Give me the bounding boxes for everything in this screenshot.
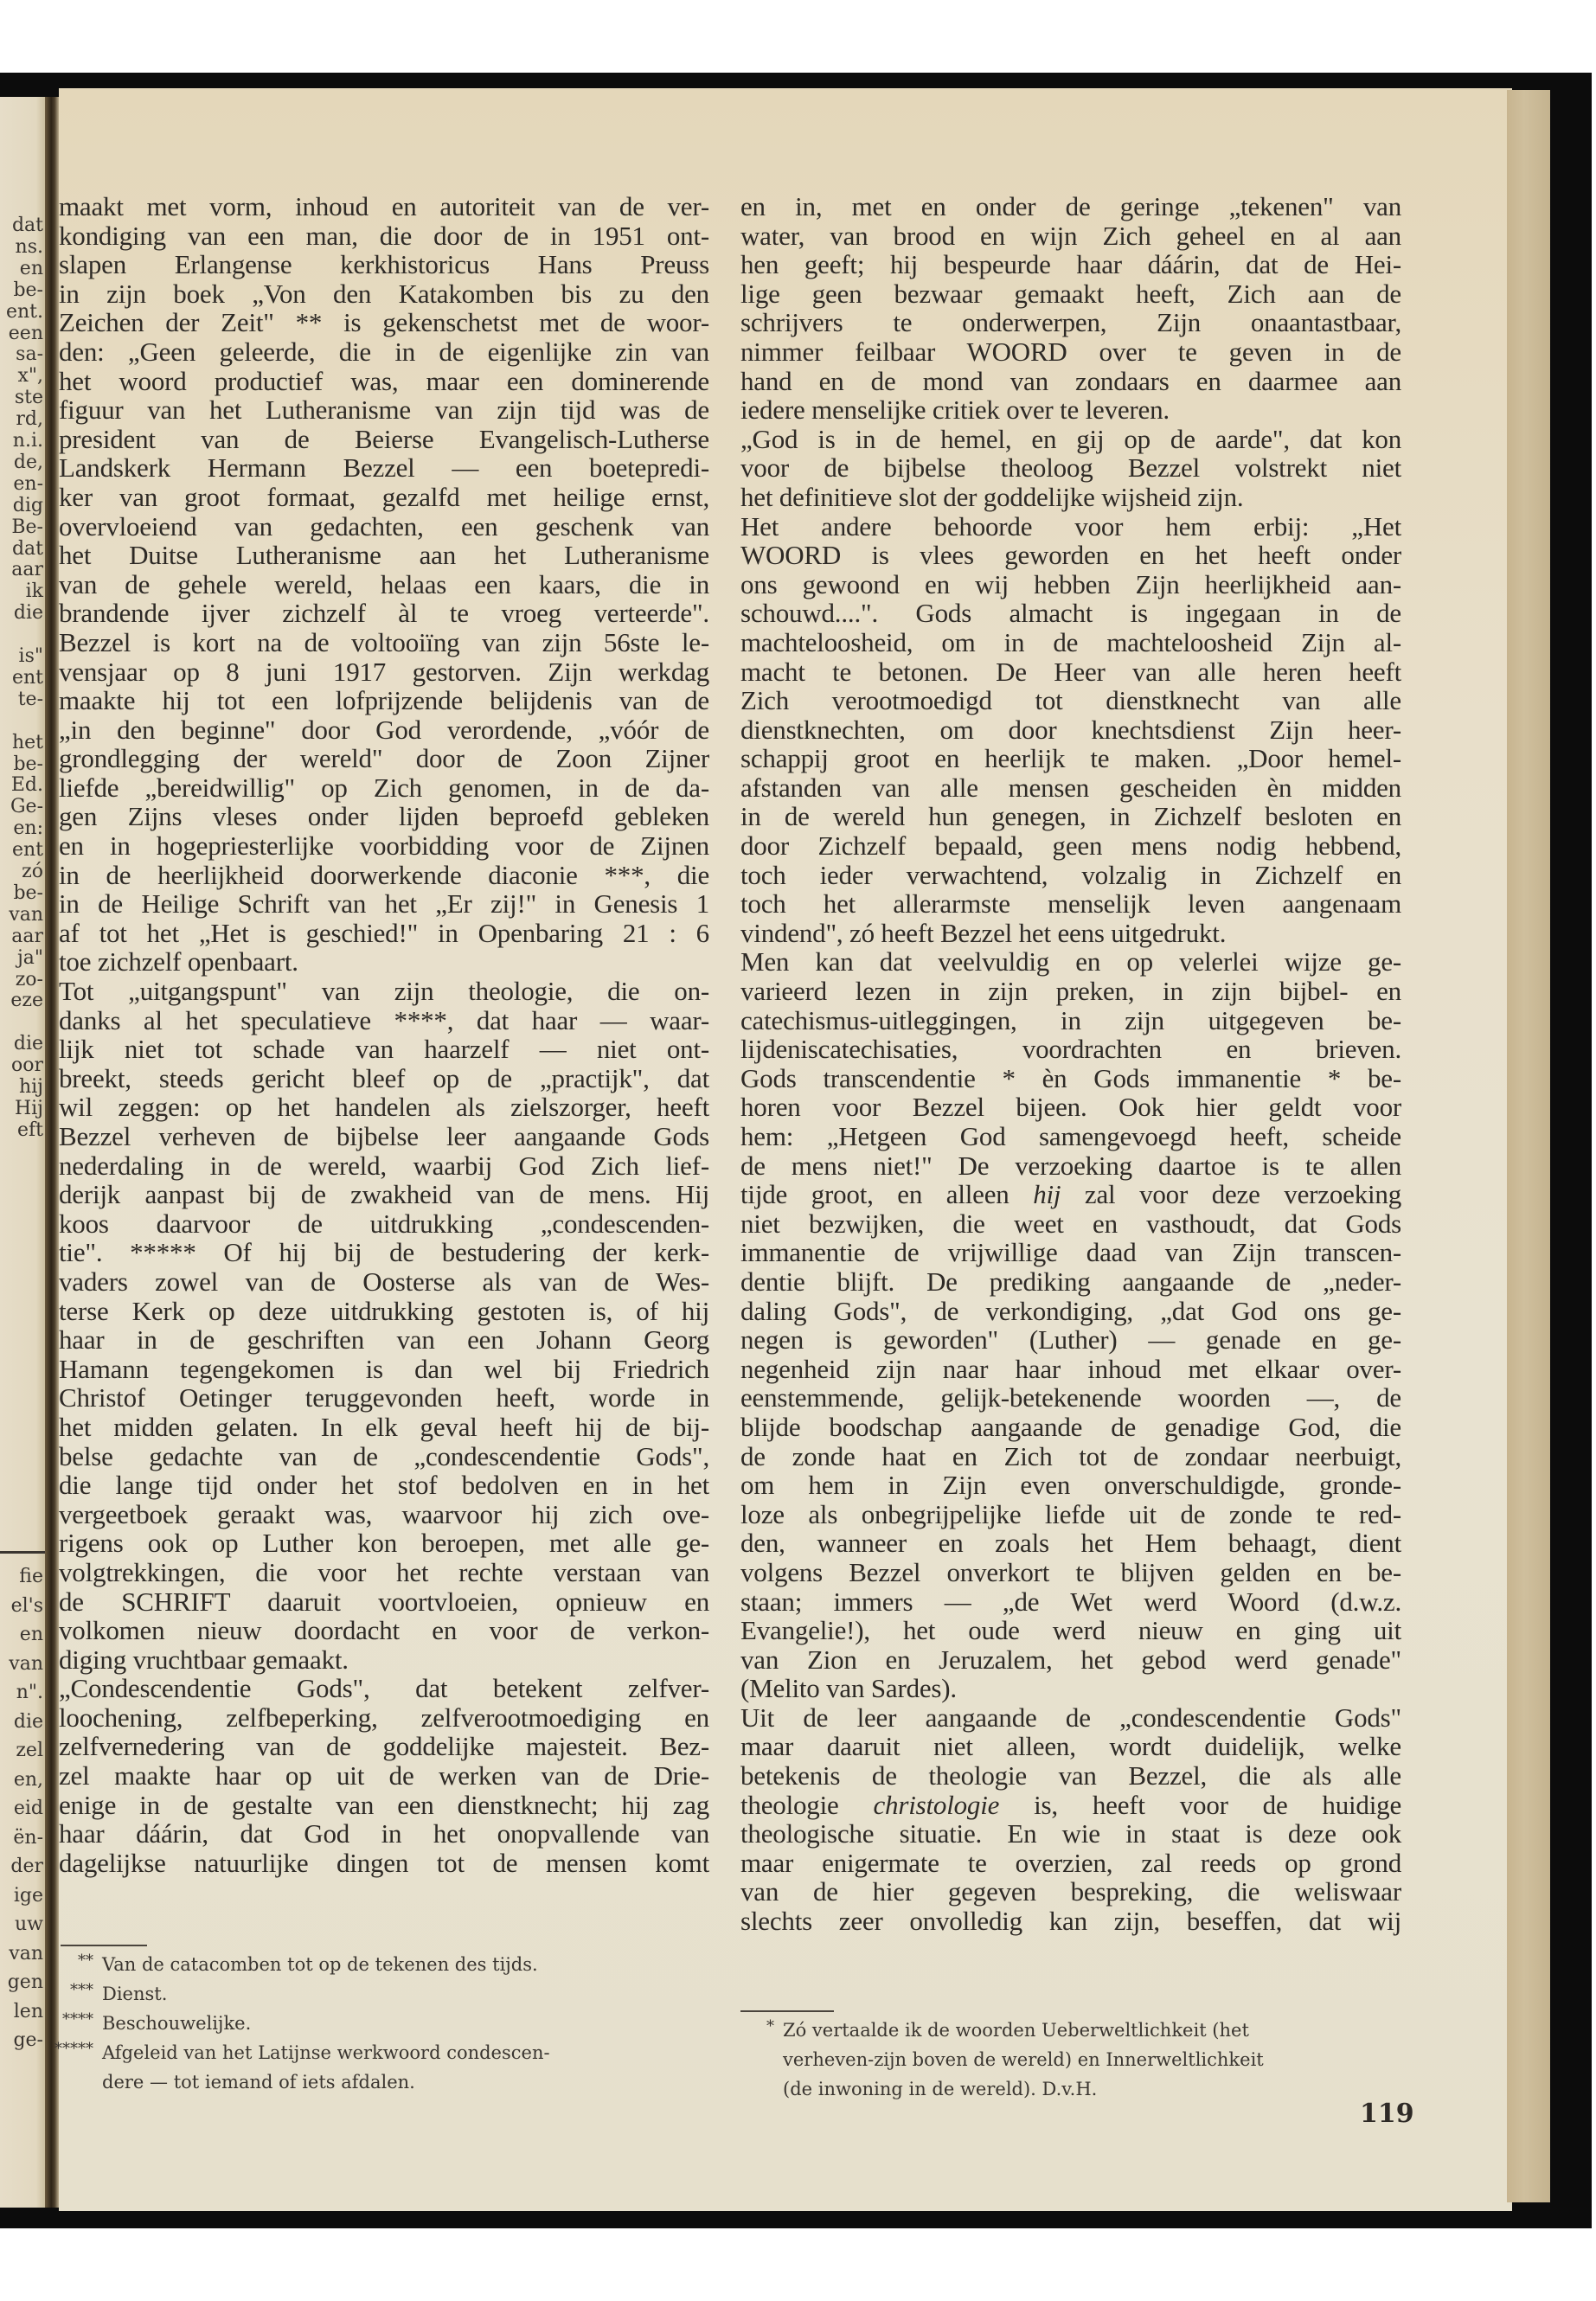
book-gutter <box>45 97 59 2208</box>
facing-page-text-fragment: rd, <box>16 410 43 429</box>
facing-page-text-fragment: Ge- <box>10 798 43 817</box>
text-line: Bezzel is kort na de voltooiïng van zijn… <box>59 628 709 657</box>
footnote-text: Afgeleid van het Latijnse werkwoord cond… <box>102 2042 550 2063</box>
text-line: lige geen bezwaar gemaakt heeft, Zich aa… <box>740 279 1401 309</box>
facing-page-text-fragment: Be- <box>11 518 43 537</box>
text-line: Tot „uitgangspunt" van zijn theologie, d… <box>59 977 709 1006</box>
text-line: hand en de mond van zondaars en daarmee … <box>740 367 1401 396</box>
text-line: toe zichzelf openbaart. <box>59 947 709 977</box>
text-line: die lange tijd onder het stof bedolven e… <box>59 1471 709 1500</box>
italic-emphasis: christologie <box>873 1790 999 1820</box>
text-line: WOORD is vlees geworden en het heeft ond… <box>740 541 1401 570</box>
text-line: van Zion en Jeruzalem, het gebod werd ge… <box>740 1645 1401 1675</box>
text-line: Het andere behoorde voor hem erbij: „Het <box>740 512 1401 542</box>
left-text-column: maakt met vorm, inhoud en autoriteit van… <box>59 192 709 1877</box>
text-line: horen voor Bezzel bijeen. Ook hier geldt… <box>740 1093 1401 1122</box>
text-line: maar daaruit niet alleen, wordt duidelij… <box>740 1732 1401 1761</box>
facing-page-text-fragment: zel <box>16 1741 43 1760</box>
footnote-text: Beschouwelijke. <box>102 2013 251 2034</box>
text-line: de zonde haat en Zich tot de zondaar nee… <box>740 1442 1401 1471</box>
text-line: theologie christologie is, heeft voor de… <box>740 1791 1401 1820</box>
text-line: „God is in de hemel, en gij op de aarde"… <box>740 425 1401 454</box>
text-line: om hem in Zijn even onverschuldigde, gro… <box>740 1471 1401 1500</box>
text-line: Hamann tegengekomen is dan wel bij Fried… <box>59 1355 709 1384</box>
text-line: machteloosheid, om in de machteloosheid … <box>740 628 1401 657</box>
facing-page-text-fragment: be- <box>13 281 43 300</box>
facing-page-text-fragment: ns. <box>16 238 43 257</box>
facing-page-text-fragment: het <box>12 734 43 753</box>
facing-page-text-fragment: en <box>20 260 43 279</box>
text-line: maakte hij tot een lofprijzende belijden… <box>59 686 709 715</box>
text-line: catechismus-uitleggingen, in zijn uitgeg… <box>740 1006 1401 1035</box>
facing-page-text-fragment: fie <box>19 1567 43 1586</box>
text-line: schrijvers te onderwerpen, Zijn onaantas… <box>740 308 1401 337</box>
text-line: hem: „Hetgeen God samengevoegd heeft, sc… <box>740 1122 1401 1151</box>
facing-page-text-fragment: eze <box>10 991 43 1010</box>
facing-page-text-fragment: uw <box>15 1915 43 1934</box>
text-line: terse Kerk op deze uitdrukking gestoten … <box>59 1297 709 1326</box>
text-line: af tot het „Het is geschied!" in Openbar… <box>59 919 709 948</box>
facing-page-text-fragment: ik <box>26 582 43 601</box>
text-line: de mens niet!" De verzoeking daartoe is … <box>740 1151 1401 1181</box>
text-line: Landskerk Hermann Bezzel — een boetepred… <box>59 453 709 483</box>
text-line: Men kan dat veelvuldig en op velerlei wi… <box>740 947 1401 977</box>
text-line: toch ieder verwachtend, volzalig in Zich… <box>740 861 1401 890</box>
right-footnotes: *Zó vertaalde ik de woorden Ueberweltlic… <box>783 2016 1264 2104</box>
text-line: negen is geworden" (Luther) — genade en … <box>740 1325 1401 1355</box>
text-line: toch het allerarmste menselijk leven aan… <box>740 889 1401 919</box>
text-line: en in hogepriesterlijke voorbidding voor… <box>59 831 709 861</box>
text-line: varieerd lezen in zijn preken, in zijn b… <box>740 977 1401 1006</box>
text-line: Zich verootmoedigd tot dienstknecht van … <box>740 686 1401 715</box>
footnote-text: Dienst. <box>102 1984 167 2004</box>
text-line: van de hier gegeven bespreking, die weli… <box>740 1877 1401 1907</box>
text-line: maar enigermate te overzien, zal reeds o… <box>740 1849 1401 1878</box>
text-line: zel maakte haar op uit de werken van de … <box>59 1761 709 1791</box>
text-line: zelfvernedering van de goddelijke majest… <box>59 1732 709 1761</box>
facing-page-text-fragment: dat <box>12 216 43 235</box>
page-stack-edge <box>1507 90 1550 2202</box>
page-number: 119 <box>1360 2099 1414 2129</box>
footnote-continuation: (de inwoning in de wereld). D.v.H. <box>783 2074 1264 2104</box>
text-line: Evangelie!), het oude werd nieuw en ging… <box>740 1616 1401 1645</box>
facing-page-text-fragment: een <box>9 324 43 343</box>
text-line: lijk niet tot schade van haarzelf — niet… <box>59 1035 709 1064</box>
footnote: ***Dienst. <box>102 1979 550 2009</box>
text-line: eenstemmende, gelijk-betekenende woorden… <box>740 1383 1401 1413</box>
text-line: maakt met vorm, inhoud en autoriteit van… <box>59 192 709 221</box>
text-line: loochening, zelfbeperking, zelfverootmoe… <box>59 1703 709 1733</box>
text-line: dentie blijft. De prediking aangaande de… <box>740 1267 1401 1297</box>
text-line: danks al het speculatieve ****, dat haar… <box>59 1006 709 1035</box>
footnote: *Zó vertaalde ik de woorden Ueberweltlic… <box>783 2016 1264 2045</box>
facing-page-text-fragment: ent <box>12 841 43 860</box>
facing-page-text-fragment: ige <box>14 1887 43 1906</box>
text-line: vindend", zó heeft Bezzel het eens uitge… <box>740 919 1401 948</box>
footnote-continuation: verheven-zijn boven de wereld) en Innerw… <box>783 2045 1264 2074</box>
facing-page-text-fragment: be- <box>13 755 43 774</box>
text-line: dagelijkse natuurlijke dingen tot de men… <box>59 1849 709 1878</box>
text-line: haar dáárin, dat God in het onopvallende… <box>59 1819 709 1849</box>
text-line: liefde „bereidwillig" op Zich genomen, i… <box>59 773 709 803</box>
facing-page-text-fragment: Hij <box>15 1099 43 1118</box>
text-line: breekt, steeds gericht bleef op de „prac… <box>59 1064 709 1093</box>
text-line: blijde boodschap aangaande de genadige G… <box>740 1413 1401 1442</box>
footnote-marker: **** <box>42 2005 93 2035</box>
text-line: in de wereld hun genegen, in Zichzelf be… <box>740 802 1401 831</box>
footnote-text: Van de catacomben tot op de tekenen des … <box>102 1954 538 1975</box>
facing-page-text-fragment: ent <box>12 669 43 688</box>
text-line: betekenis de theologie van Bezzel, die a… <box>740 1761 1401 1791</box>
facing-page-text-fragment: len <box>14 2003 43 2022</box>
facing-page-text-fragment: ën- <box>13 1829 43 1848</box>
text-line: overvloeiend van gedachten, een geschenk… <box>59 512 709 542</box>
text-line: iedere menselijke critiek over te levere… <box>740 395 1401 425</box>
facing-page-text-fragment: en, <box>14 1771 43 1790</box>
facing-page-edge: datns.enbe-ent.eensa-x",sterd,n.i.de,en-… <box>0 97 45 2208</box>
text-line: door Zichzelf bepaald, geen mens nodig h… <box>740 831 1401 861</box>
text-line: staan; immers — „de Wet werd Woord (d.w.… <box>740 1587 1401 1617</box>
text-line: vensjaar op 8 juni 1917 gestorven. Zijn … <box>59 657 709 687</box>
facing-page-text-fragment: en: <box>13 819 43 838</box>
text-line: hen geeft; hij bespeurde haar dáárin, da… <box>740 250 1401 279</box>
text-line: het definitieve slot der goddelijke wijs… <box>740 483 1401 512</box>
text-line: gen Zijns vleses onder lijden beproefd g… <box>59 802 709 831</box>
facing-page-text-fragment: is" <box>19 647 43 666</box>
text-line: nimmer feilbaar WOORD over te geven in d… <box>740 337 1401 367</box>
facing-page-text-fragment: ja" <box>17 949 43 968</box>
text-line: de SCHRIFT daaruit voortvloeien, opnieuw… <box>59 1587 709 1617</box>
facing-page-text-fragment: dat <box>12 540 43 559</box>
text-line: rigens ook op Luther kon beroepen, met a… <box>59 1529 709 1558</box>
text-line: wil zeggen: op het handelen als zielszor… <box>59 1093 709 1122</box>
text-line: het Duitse Lutheranisme aan het Lutheran… <box>59 541 709 570</box>
text-line: slechts zeer onvolledig kan zijn, beseff… <box>740 1907 1401 1936</box>
text-line: brandende ijver zichzelf àl te vroeg ver… <box>59 599 709 628</box>
footnote-marker: ** <box>42 1946 93 1976</box>
facing-page-text-fragment: dig <box>13 497 43 516</box>
facing-page-text-fragment: ent. <box>6 303 43 322</box>
facing-page-text-fragment: de, <box>14 453 43 472</box>
text-line: in de Heilige Schrift van het „Er zij!" … <box>59 889 709 919</box>
text-line: schappij groot en heerlijk te maken. „Do… <box>740 744 1401 773</box>
facing-page-text-fragment: die <box>14 604 43 623</box>
facing-page-text-fragment: hij <box>19 1078 43 1097</box>
text-line: volgtrekkingen, die voor het rechte vers… <box>59 1558 709 1587</box>
footnote: *****Afgeleid van het Latijnse werkwoord… <box>102 2038 550 2067</box>
facing-page-text-fragment: en- <box>13 475 43 494</box>
facing-page-text-fragment: x", <box>17 367 43 386</box>
facing-page-text-fragment: van <box>9 906 43 925</box>
facing-page-text-fragment: en <box>20 1625 43 1644</box>
text-line: het midden gelaten. In elk geval heeft h… <box>59 1413 709 1442</box>
text-line: water, van brood en wijn Zich geheel en … <box>740 221 1401 251</box>
facing-page-text-fragment: n". <box>16 1683 43 1702</box>
text-line: voor de bijbelse theoloog Bezzel volstre… <box>740 453 1401 483</box>
text-line: haar in de geschriften van een Johann Ge… <box>59 1325 709 1355</box>
text-line: slapen Erlangense kerkhistoricus Hans Pr… <box>59 250 709 279</box>
facing-page-text-fragment: sa- <box>16 345 43 364</box>
text-line: „Condescendentie Gods", dat betekent zel… <box>59 1674 709 1703</box>
footnote: ****Beschouwelijke. <box>102 2009 550 2038</box>
text-line: derijk aanpast bij de zwakheid van de me… <box>59 1180 709 1209</box>
text-line: den: „Geen geleerde, die in de eigenlijk… <box>59 337 709 367</box>
text-line: schouwd....". Gods almacht is ingegaan i… <box>740 599 1401 628</box>
footnote-marker: * <box>722 2012 774 2041</box>
text-line: diging vruchtbaar gemaakt. <box>59 1645 709 1675</box>
footnote: **Van de catacomben tot op de tekenen de… <box>102 1950 550 1979</box>
footnote-marker: *** <box>42 1976 93 2005</box>
text-line: ker van groot formaat, gezalfd met heili… <box>59 483 709 512</box>
text-line: den, wanneer en zoals het Hem behaagt, d… <box>740 1529 1401 1558</box>
facing-page-text-fragment: Ed. <box>11 776 43 795</box>
facing-page-text-fragment: zo- <box>16 971 43 990</box>
text-line: kondiging van een man, die door de in 19… <box>59 221 709 251</box>
footnote-text: Zó vertaalde ik de woorden Ueberweltlich… <box>783 2020 1249 2041</box>
text-line: Uit de leer aangaande de „condescendenti… <box>740 1703 1401 1733</box>
text-line: ons gewoond en wij hebben Zijn heerlijkh… <box>740 570 1401 599</box>
facing-page-text-fragment: te- <box>18 690 43 709</box>
facing-page-text-fragment: oor <box>11 1056 43 1075</box>
text-line: negenheid zijn naar haar inhoud met elka… <box>740 1355 1401 1384</box>
text-line: lijdeniscatechisaties, voordrachten en b… <box>740 1035 1401 1064</box>
text-line: immanentie de vrijwillige daad van Zijn … <box>740 1238 1401 1267</box>
text-line: afstanden van alle mensen gescheiden èn … <box>740 773 1401 803</box>
facing-page-text-fragment: zó <box>22 862 43 881</box>
text-line: het woord productief was, maar een domin… <box>59 367 709 396</box>
italic-emphasis: hij <box>1033 1179 1061 1209</box>
facing-page-text-fragment: ste <box>15 388 43 407</box>
facing-page-text-fragment: be- <box>13 884 43 903</box>
facing-page-text-fragment: aar <box>11 561 43 580</box>
footnote-continuation: dere — tot iemand of iets afdalen. <box>102 2067 550 2097</box>
text-line: niet bezwijken, die weet en vasthoudt, d… <box>740 1209 1401 1239</box>
text-line: macht te betonen. De Heer van alle heren… <box>740 657 1401 687</box>
text-line: nederdaling in de wereld, waarbij God Zi… <box>59 1151 709 1181</box>
text-line: in de heerlijkheid doorwerkende diaconie… <box>59 861 709 890</box>
facing-page-rule <box>0 1551 45 1554</box>
facing-page-text-fragment: aar <box>11 927 43 946</box>
text-line: van de gehele wereld, helaas een kaars, … <box>59 570 709 599</box>
facing-page-text-fragment: ge- <box>13 2031 43 2050</box>
text-line: in zijn boek „Von den Katakomben bis zu … <box>59 279 709 309</box>
facing-page-text-fragment: van <box>9 1945 43 1964</box>
facing-page-text-fragment: die <box>14 1713 43 1732</box>
right-text-column: en in, met en onder de geringe „tekenen"… <box>740 192 1401 1936</box>
text-line: volgens Bezzel onverkort te blijven geld… <box>740 1558 1401 1587</box>
facing-page-text-fragment: van <box>9 1655 43 1674</box>
text-line: Bezzel verheven de bijbelse leer aangaan… <box>59 1122 709 1151</box>
text-line: (Melito van Sardes). <box>740 1674 1401 1703</box>
text-line: president van de Beierse Evangelisch-Lut… <box>59 425 709 454</box>
text-line: Zeichen der Zeit" ** is gekenschetst met… <box>59 308 709 337</box>
text-line: volkomen nieuw doordacht en voor de verk… <box>59 1616 709 1645</box>
text-line: theologische situatie. En wie in staat i… <box>740 1819 1401 1849</box>
facing-page-text-fragment: eid <box>14 1799 43 1818</box>
text-line: dienstknechten, om door knechtsdienst Zi… <box>740 715 1401 745</box>
footnote-marker: ***** <box>42 2035 93 2064</box>
text-line: Gods transcendentie * èn Gods immanentie… <box>740 1064 1401 1093</box>
text-line: enige in de gestalte van een dienstknech… <box>59 1791 709 1820</box>
text-line: daling Gods", de verkondiging, „dat God … <box>740 1297 1401 1326</box>
left-footnotes: **Van de catacomben tot op de tekenen de… <box>102 1950 550 2097</box>
text-line: „in den beginne" door God verordende, „v… <box>59 715 709 745</box>
text-line: tijde groot, en alleen hij zal voor deze… <box>740 1180 1401 1209</box>
facing-page-text-fragment: n.i. <box>13 432 43 451</box>
text-line: figuur van het Lutheranisme van zijn tij… <box>59 395 709 425</box>
facing-page-text-fragment: eft <box>17 1121 43 1140</box>
facing-page-text-fragment: el's <box>11 1597 43 1616</box>
text-line: tie". ***** Of hij bij de bestudering de… <box>59 1238 709 1267</box>
text-line: Christof Oetinger teruggevonden heeft, w… <box>59 1383 709 1413</box>
text-line: grondlegging der wereld" door de Zoon Zi… <box>59 744 709 773</box>
facing-page-text-fragment: der <box>10 1857 43 1876</box>
text-line: koos daarvoor de uitdrukking „condescend… <box>59 1209 709 1239</box>
text-line: vergeetboek geraakt was, waarvoor hij zi… <box>59 1500 709 1529</box>
text-line: en in, met en onder de geringe „tekenen"… <box>740 192 1401 221</box>
facing-page-text-fragment: die <box>14 1035 43 1054</box>
text-line: loze als onbegrijpelijke liefde uit de z… <box>740 1500 1401 1529</box>
text-line: belse gedachte van de „condescendentie G… <box>59 1442 709 1471</box>
facing-page-text-fragment: gen <box>8 1973 43 1992</box>
text-line: vaders zowel van de Oosterse als van de … <box>59 1267 709 1297</box>
